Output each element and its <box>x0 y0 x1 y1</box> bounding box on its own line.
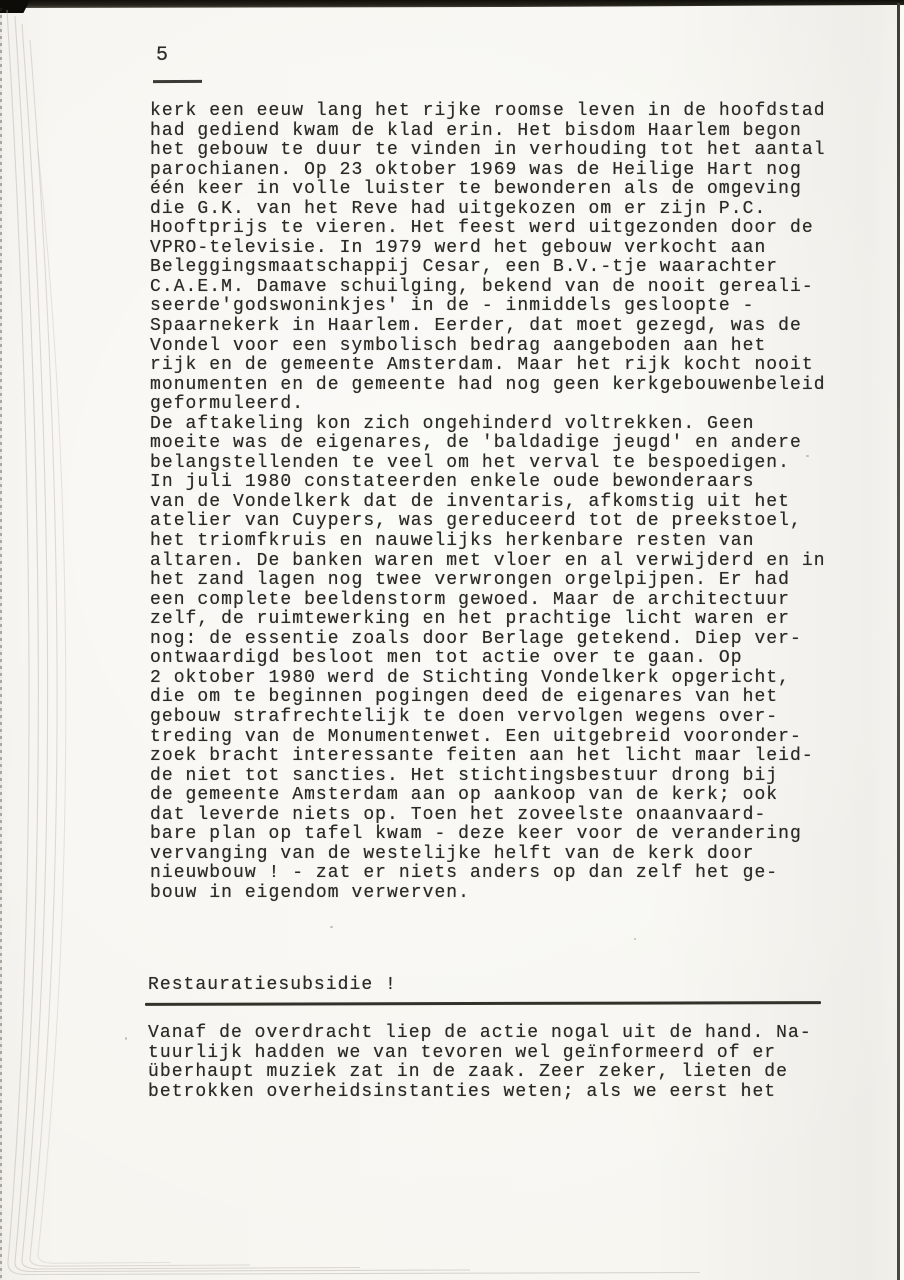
page-number-underline <box>153 80 202 83</box>
scan-left-rough-edge <box>0 8 2 1280</box>
scan-top-edge-band <box>0 0 904 8</box>
scan-right-margin-strip <box>900 6 904 1280</box>
scanned-document-page: 5 kerk een eeuw lang het rijke roomse le… <box>0 0 904 1280</box>
scan-speck <box>634 938 636 940</box>
section-heading-rule <box>145 1001 821 1006</box>
body-paragraph-2: Vanaf de overdracht liep de actie nogal … <box>148 1024 812 1102</box>
scan-speck <box>125 1037 127 1040</box>
section-heading: Restauratiesubsidie ! <box>148 976 397 996</box>
scan-speck <box>806 455 809 457</box>
scan-top-left-corner-mark <box>0 0 30 13</box>
body-paragraph-1: kerk een eeuw lang het rijke roomse leve… <box>150 102 826 903</box>
scan-speck <box>330 926 333 928</box>
page-number: 5 <box>156 44 169 67</box>
